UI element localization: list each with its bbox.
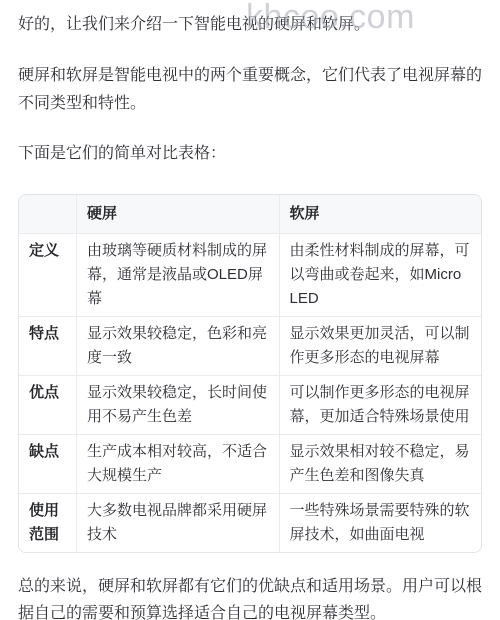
table-row-usage-scope: 使用范围 大多数电视品牌都采用硬屏技术 一些特殊场景需要特殊的软屏技术，如曲面电… xyxy=(19,493,481,552)
table-row-definition: 定义 由玻璃等硬质材料制成的屏幕，通常是液晶或OLED屏幕 由柔性材料制成的屏幕… xyxy=(19,233,481,316)
comparison-table-wrapper: 硬屏 软屏 定义 由玻璃等硬质材料制成的屏幕，通常是液晶或OLED屏幕 由柔性材… xyxy=(18,194,482,553)
row-label: 使用范围 xyxy=(19,493,76,552)
table-row-advantages: 优点 显示效果较稳定，长时间使用不易产生色差 可以制作更多形态的电视屏幕，更加适… xyxy=(19,375,481,434)
row-label: 缺点 xyxy=(19,434,76,493)
hard-screen-cell: 显示效果较稳定，色彩和亮度一致 xyxy=(76,316,279,375)
table-row-features: 特点 显示效果较稳定，色彩和亮度一致 显示效果更加灵活，可以制作更多形态的电视屏… xyxy=(19,316,481,375)
conclusion-paragraph: 总的来说，硬屏和软屏都有它们的优缺点和适用场景。用户可以根据自己的需要和预算选择… xyxy=(18,573,482,620)
hard-screen-cell: 大多数电视品牌都采用硬屏技术 xyxy=(76,493,279,552)
soft-screen-cell: 可以制作更多形态的电视屏幕，更加适合特殊场景使用 xyxy=(279,375,482,434)
table-header-row: 硬屏 软屏 xyxy=(19,195,481,233)
header-soft-screen: 软屏 xyxy=(279,195,482,233)
soft-screen-cell: 显示效果更加灵活，可以制作更多形态的电视屏幕 xyxy=(279,316,482,375)
table-intro-paragraph: 下面是它们的简单对比表格： xyxy=(18,140,482,168)
soft-screen-cell: 一些特殊场景需要特殊的软屏技术，如曲面电视 xyxy=(279,493,482,552)
soft-screen-cell: 显示效果相对较不稳定，易产生色差和图像失真 xyxy=(279,434,482,493)
article-body: 好的，让我们来介绍一下智能电视的硬屏和软屏。 硬屏和软屏是智能电视中的两个重要概… xyxy=(0,11,500,620)
hard-screen-cell: 生产成本相对较高，不适合大规模生产 xyxy=(76,434,279,493)
row-label: 定义 xyxy=(19,233,76,316)
table-row-disadvantages: 缺点 生产成本相对较高，不适合大规模生产 显示效果相对较不稳定，易产生色差和图像… xyxy=(19,434,481,493)
header-hard-screen: 硬屏 xyxy=(76,195,279,233)
row-label: 优点 xyxy=(19,375,76,434)
soft-screen-cell: 由柔性材料制成的屏幕，可以弯曲或卷起来，如Micro LED xyxy=(279,233,482,316)
hard-screen-cell: 显示效果较稳定，长时间使用不易产生色差 xyxy=(76,375,279,434)
row-label: 特点 xyxy=(19,316,76,375)
comparison-table: 硬屏 软屏 定义 由玻璃等硬质材料制成的屏幕，通常是液晶或OLED屏幕 由柔性材… xyxy=(18,194,482,553)
hard-screen-cell: 由玻璃等硬质材料制成的屏幕，通常是液晶或OLED屏幕 xyxy=(76,233,279,316)
header-empty-cell xyxy=(19,195,76,233)
description-paragraph: 硬屏和软屏是智能电视中的两个重要概念，它们代表了电视屏幕的不同类型和特性。 xyxy=(18,62,482,118)
intro-paragraph: 好的，让我们来介绍一下智能电视的硬屏和软屏。 xyxy=(18,11,482,39)
